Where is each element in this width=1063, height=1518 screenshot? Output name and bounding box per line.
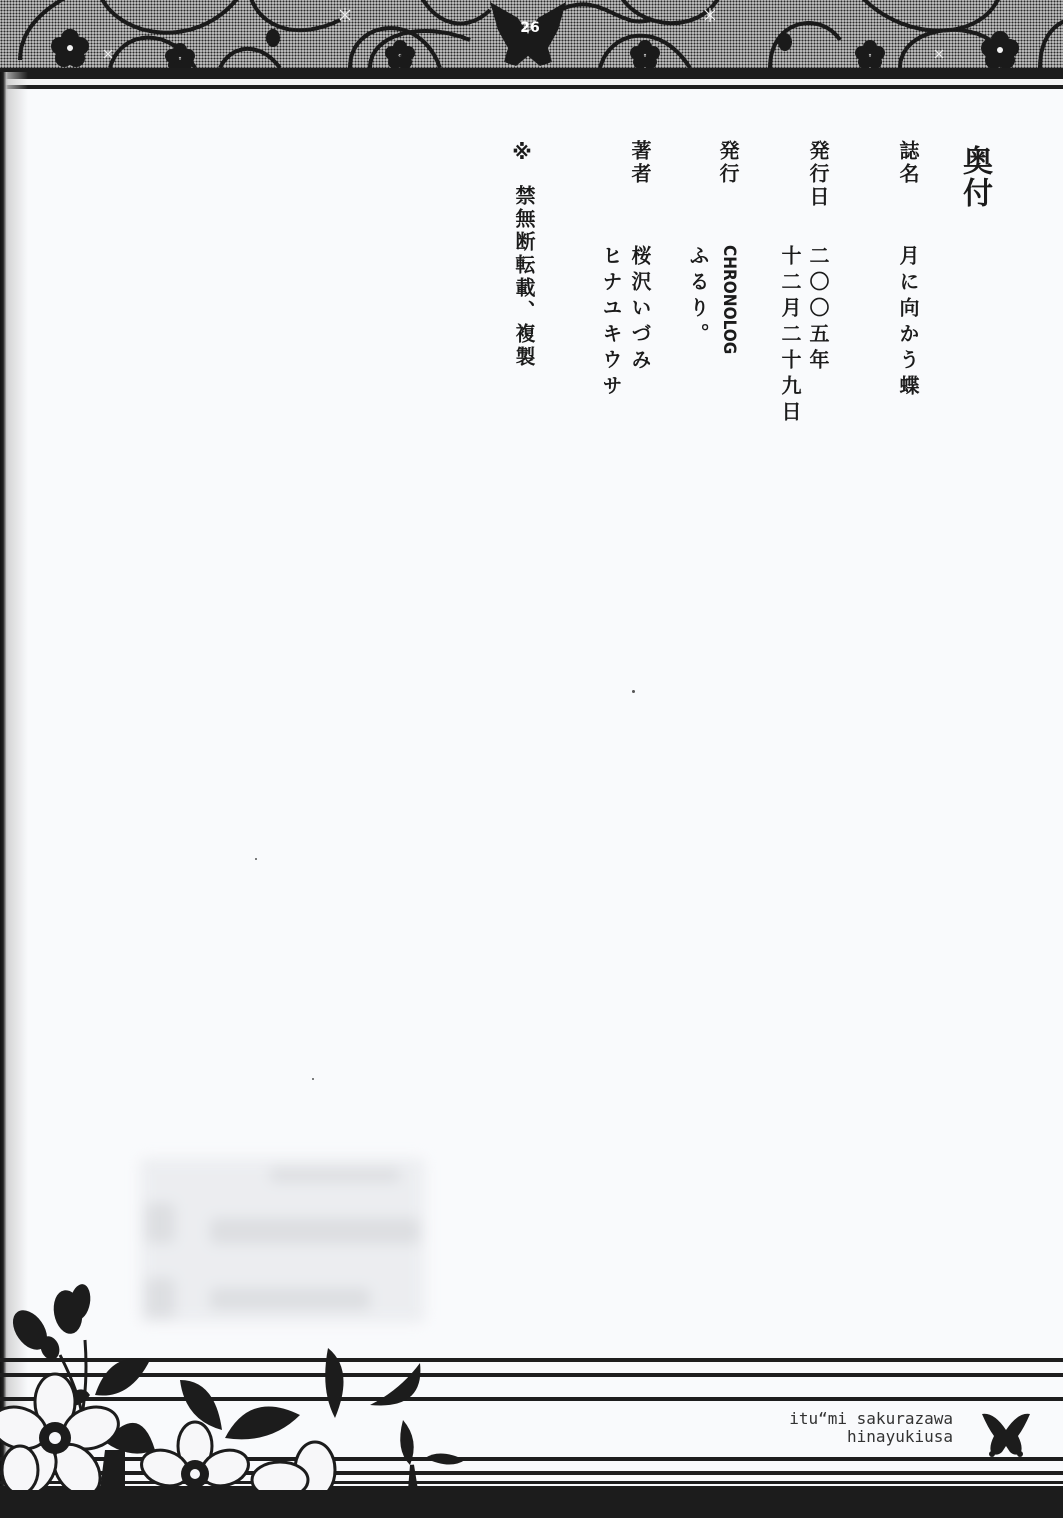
scan-speck bbox=[632, 690, 635, 693]
label-publish-date: 発行日 bbox=[804, 140, 833, 209]
bottom-band bbox=[0, 1486, 1063, 1518]
footer-credit-line-1: itu“mi sakurazawa bbox=[789, 1410, 953, 1428]
value-author-1: 桜沢いづみ bbox=[626, 245, 655, 375]
footer-credits: itu“mi sakurazawa hinayukiusa bbox=[789, 1410, 953, 1446]
top-rule-thin bbox=[0, 85, 1063, 89]
page-number: 26 bbox=[515, 20, 545, 36]
value-publish-day: 十二月二十九日 bbox=[776, 245, 805, 427]
colophon-heading: 奥付 bbox=[952, 145, 996, 209]
value-title: 月に向かう蝶 bbox=[894, 245, 923, 401]
butterfly-icon bbox=[980, 1410, 1032, 1458]
scan-speck bbox=[255, 858, 257, 860]
cherry-blossom-pattern-icon bbox=[0, 1280, 480, 1490]
value-publisher-circle: CHRONOLOG bbox=[719, 245, 739, 354]
copyright-notice: 禁無断転載、複製 bbox=[510, 185, 539, 369]
footer-credit-line-2: hinayukiusa bbox=[789, 1428, 953, 1446]
top-decorative-band: 26 bbox=[0, 0, 1063, 70]
value-author-2: ヒナユキウサ bbox=[597, 245, 626, 401]
scan-speck bbox=[312, 1078, 314, 1080]
top-rule bbox=[0, 68, 1063, 79]
label-author: 著者 bbox=[626, 140, 655, 186]
value-publish-year: 二〇〇五年 bbox=[804, 245, 833, 375]
colophon-page: 26 奥付 誌名 月に向かう蝶 発行日 二〇〇五年 十二月二十九日 発行 CHR… bbox=[0, 0, 1063, 1518]
notice-mark: ※ bbox=[510, 140, 534, 167]
label-title: 誌名 bbox=[894, 140, 923, 186]
value-publisher-name: ふるり。 bbox=[684, 245, 713, 349]
label-publisher: 発行 bbox=[714, 140, 743, 186]
